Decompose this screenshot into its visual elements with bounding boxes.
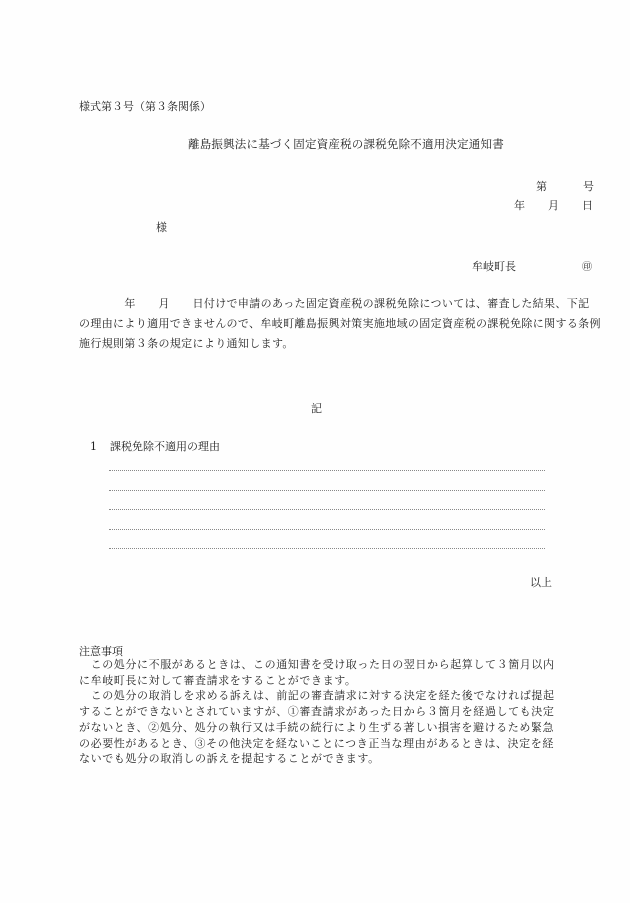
body-paragraph: 年 月 日付けで申請のあった固定資産税の課税免除については、審査した結果、下記 … <box>79 294 594 354</box>
seal-icon: ㊞ <box>582 258 592 273</box>
number-suffix: 号 <box>583 178 594 194</box>
notes-line: に牟岐町長に対して審査請求をすることができます。 <box>79 673 555 689</box>
reason-item: 1課税免除不適用の理由 <box>90 438 220 454</box>
notes-body: この処分に不服があるときは、この通知書を受け取った日の翌日から起算して３箇月以内… <box>79 657 555 767</box>
document-title: 離島振興法に基づく固定資産税の課税免除不適用決定通知書 <box>188 136 504 152</box>
date-line: 年月日 <box>514 197 593 213</box>
body-line: 施行規則第３条の規定により通知します。 <box>79 334 594 354</box>
reason-blank-line[interactable] <box>109 490 545 491</box>
number-prefix: 第 <box>536 178 547 194</box>
body-line: 年 月 日付けで申請のあった固定資産税の課税免除については、審査した結果、下記 <box>79 294 594 314</box>
reason-blank-line[interactable] <box>109 529 545 530</box>
reason-blank-line[interactable] <box>109 509 545 510</box>
notes-line: することができないとされていますが、①審査請求があった日から３箇月を経過しても決… <box>79 704 555 720</box>
sender-name: 牟岐町長 <box>472 258 516 274</box>
date-day: 日 <box>582 199 593 212</box>
notes-line: がないとき、②処分、処分の執行又は手続の続行により生ずる著しい損害を避けるため緊… <box>79 720 555 736</box>
document-number-line: 第号 <box>536 178 594 194</box>
form-id: 様式第３号（第３条関係） <box>79 98 211 114</box>
notes-line: の必要性があるとき、③その他決定を経ないことにつき正当な理由があるときは、決定を… <box>79 736 555 752</box>
ki-heading: 記 <box>311 400 322 416</box>
reason-blank-line[interactable] <box>109 548 545 549</box>
notes-line: この処分に不服があるときは、この通知書を受け取った日の翌日から起算して３箇月以内 <box>79 657 555 673</box>
notes-line: ないでも処分の取消しの訴えを提起することができます。 <box>79 751 555 767</box>
item-number: 1 <box>90 440 110 453</box>
notes-line: この処分の取消しを求める訴えは、前記の審査請求に対する決定を経た後でなければ提起 <box>79 688 555 704</box>
document-page: 様式第３号（第３条関係） 離島振興法に基づく固定資産税の課税免除不適用決定通知書… <box>0 0 630 903</box>
closing-ijo: 以上 <box>530 574 552 590</box>
date-month: 月 <box>548 199 559 212</box>
date-year: 年 <box>514 199 525 212</box>
addressee: 様 <box>156 219 167 235</box>
reason-blank-line[interactable] <box>109 470 545 471</box>
body-line: の理由により適用できませんので、牟岐町離島振興対策実施地域の固定資産税の課税免除… <box>79 314 594 334</box>
item-label: 課税免除不適用の理由 <box>110 440 220 453</box>
